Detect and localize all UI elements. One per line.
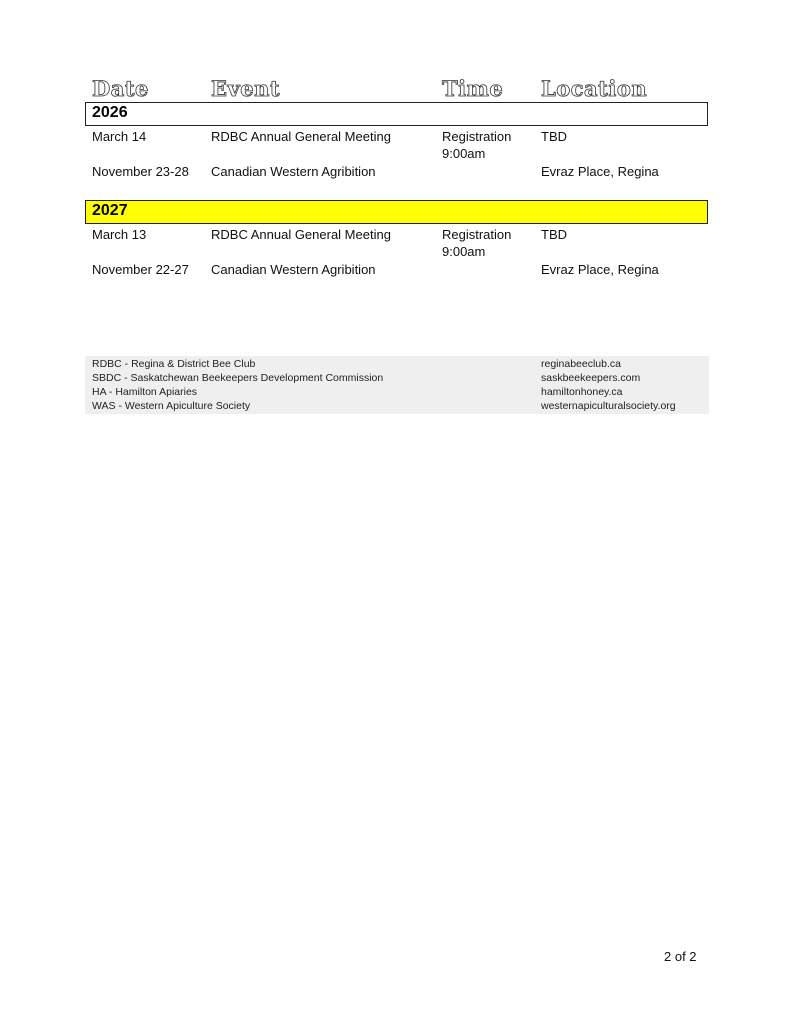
event-location: Evraz Place, Regina bbox=[541, 163, 659, 180]
page-number: 2 of 2 bbox=[664, 949, 697, 964]
event-name: RDBC Annual General Meeting bbox=[211, 128, 391, 145]
event-name: RDBC Annual General Meeting bbox=[211, 226, 391, 243]
event-time-detail: 9:00am bbox=[442, 243, 485, 260]
header-location: Location bbox=[541, 76, 647, 101]
legend-url: westernapiculturalsociety.org bbox=[541, 399, 676, 413]
abbreviation-legend: RDBC - Regina & District Bee Club regina… bbox=[85, 356, 709, 414]
header-date: Date bbox=[92, 76, 149, 101]
year-label: 2026 bbox=[92, 104, 128, 122]
header-event: Event bbox=[211, 76, 280, 101]
year-band-2027: 2027 bbox=[85, 200, 708, 224]
event-time: Registration bbox=[442, 226, 511, 243]
legend-abbr: RDBC - Regina & District Bee Club bbox=[92, 357, 255, 371]
header-time: Time bbox=[442, 76, 503, 101]
legend-url: reginabeeclub.ca bbox=[541, 357, 621, 371]
event-location: TBD bbox=[541, 128, 567, 145]
event-name: Canadian Western Agribition bbox=[211, 163, 376, 180]
event-name: Canadian Western Agribition bbox=[211, 261, 376, 278]
year-band-2026: 2026 bbox=[85, 102, 708, 126]
document-page: Date Event Time Location 2026 March 14 R… bbox=[0, 0, 791, 1024]
event-date: March 14 bbox=[92, 128, 146, 145]
event-location: Evraz Place, Regina bbox=[541, 261, 659, 278]
event-time-detail: 9:00am bbox=[442, 145, 485, 162]
legend-abbr: SBDC - Saskatchewan Beekeepers Developme… bbox=[92, 371, 383, 385]
year-label: 2027 bbox=[92, 202, 128, 220]
legend-url: hamiltonhoney.ca bbox=[541, 385, 623, 399]
event-date: March 13 bbox=[92, 226, 146, 243]
legend-abbr: HA - Hamilton Apiaries bbox=[92, 385, 197, 399]
event-time: Registration bbox=[442, 128, 511, 145]
legend-url: saskbeekeepers.com bbox=[541, 371, 640, 385]
event-date: November 22-27 bbox=[92, 261, 189, 278]
legend-abbr: WAS - Western Apiculture Society bbox=[92, 399, 250, 413]
event-location: TBD bbox=[541, 226, 567, 243]
event-date: November 23-28 bbox=[92, 163, 189, 180]
